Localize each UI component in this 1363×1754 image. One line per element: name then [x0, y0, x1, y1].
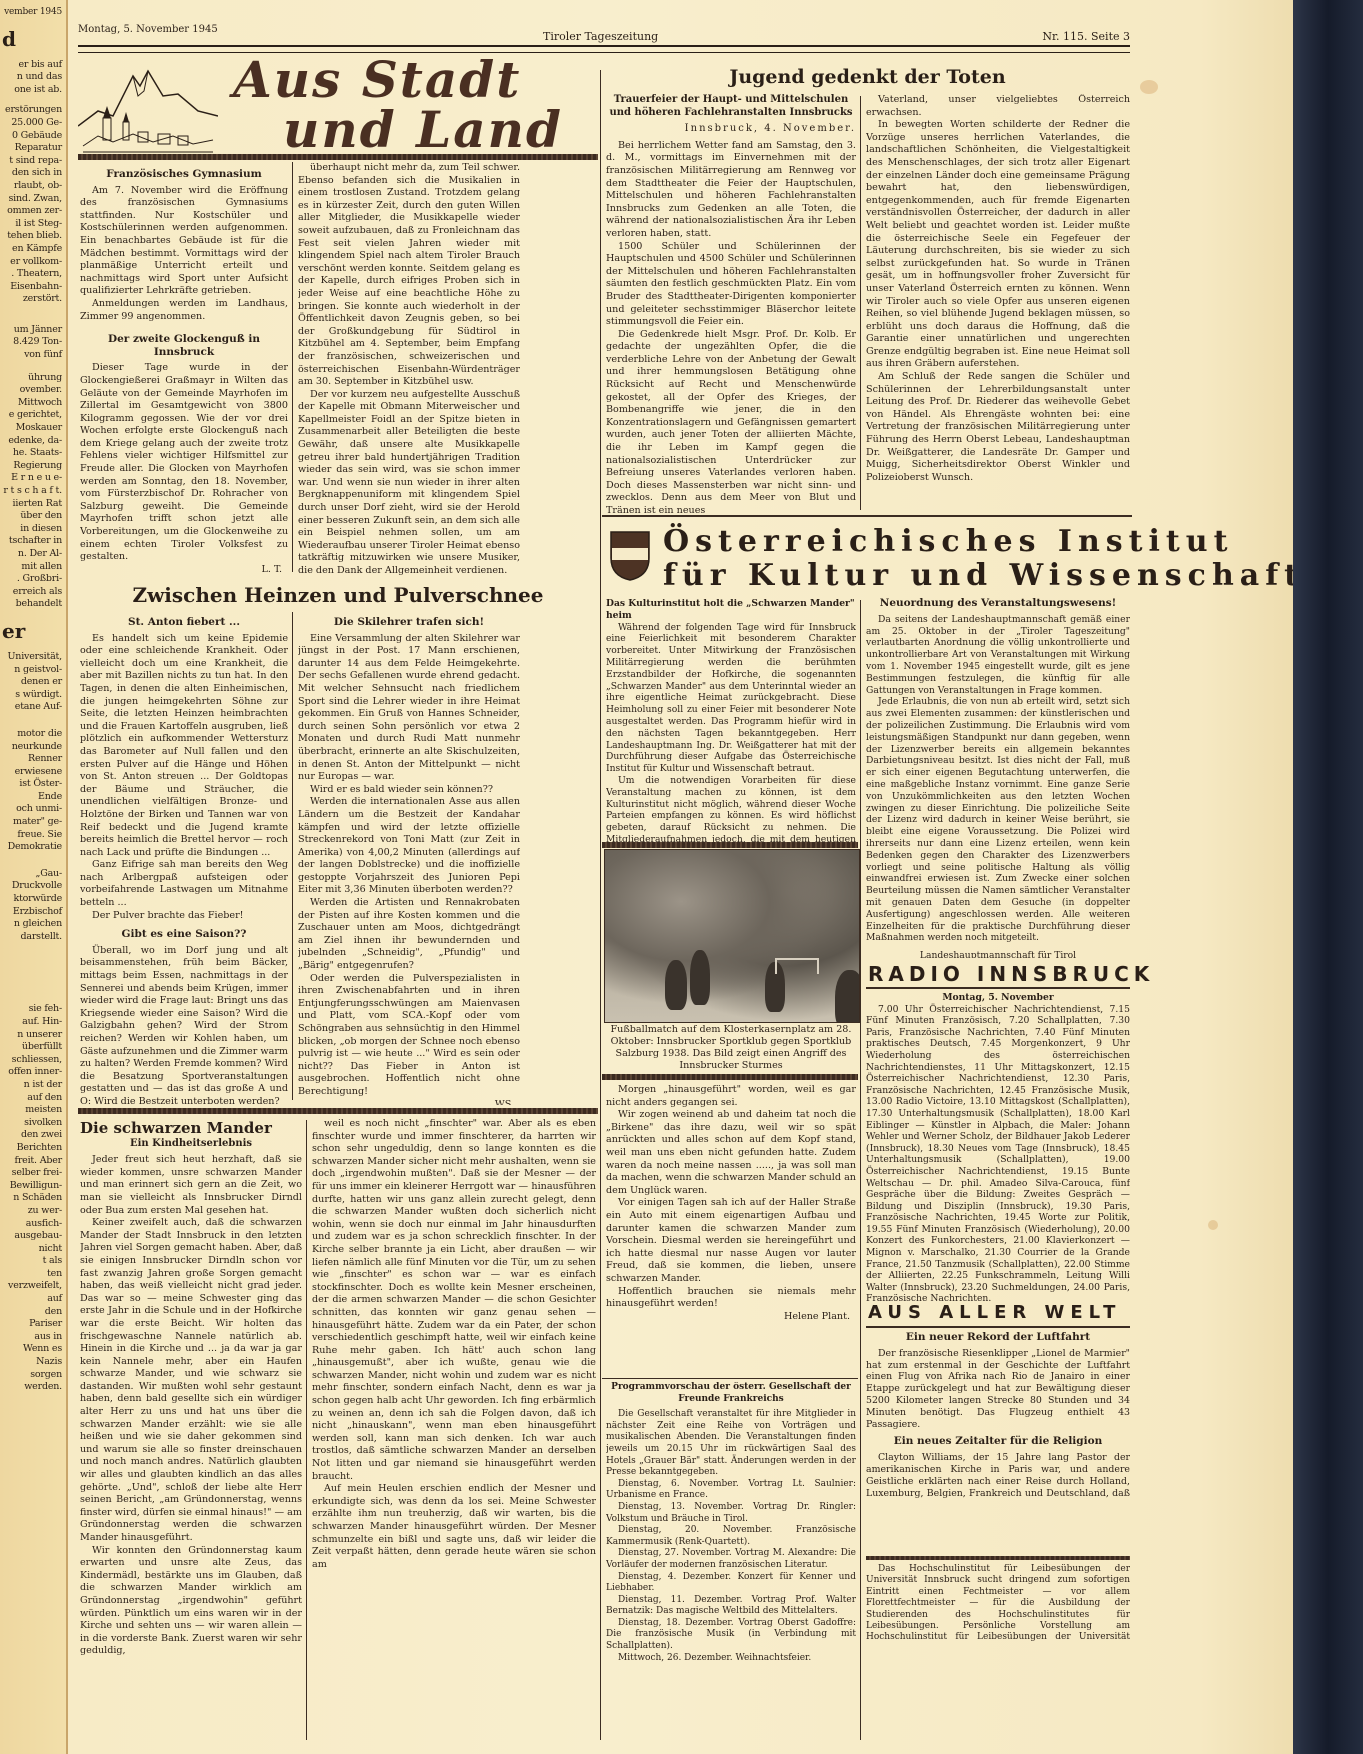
text-fragment: den [0, 1306, 62, 1319]
section-title-aus-aller-welt: AUS ALLER WELT [868, 1302, 1121, 1323]
text-fragment: 25.000 Ge- [0, 117, 62, 130]
article-skilehrer-signature: WS. [298, 1099, 514, 1105]
text-fragment: freue. Sie [0, 829, 62, 842]
column-3-programm: Programmvorschau der österr. Gesellschaf… [606, 1382, 856, 1742]
text-fragment: ührung [0, 372, 62, 385]
paragraph: Dienstag, 27. November. Vortrag M. Alexa… [606, 1548, 856, 1571]
article-skilehrer-body: Eine Versammlung der alten Skilehrer war… [298, 633, 520, 1099]
paragraph: Vor einigen Tagen sah ich auf der Haller… [606, 1197, 856, 1285]
text-fragment: werden. [0, 1381, 62, 1394]
text-fragment: Mittwoch [0, 397, 62, 410]
prev-page-text-7: „Gau-DruckvollektorwürdeErzbischofn glei… [0, 868, 66, 944]
paragraph: Bei herrlichem Wetter fand am Samstag, d… [606, 140, 856, 241]
text-fragment: etane Auf- [0, 701, 62, 714]
text-fragment: tschafter in [0, 535, 62, 548]
text-fragment: auf. Hin- [0, 1016, 62, 1029]
prev-page-text-1: er bis aufn und dasone ist ab. [0, 59, 66, 97]
text-fragment: überfüllt [0, 1041, 62, 1054]
text-fragment: ovember. [0, 384, 62, 397]
text-fragment: den sich in [0, 167, 62, 180]
prev-page-text-5: Universität,n geistvol-denen ers würdigt… [0, 651, 66, 714]
paragraph: Der vor kurzem neu aufgestellte Ausschuß… [298, 389, 520, 578]
text-fragment: von fünf [0, 349, 62, 362]
text-fragment: mit allen [0, 561, 62, 574]
text-fragment: aus in [0, 1331, 62, 1344]
text-fragment: n geistvol- [0, 664, 62, 677]
previous-page-edge: vember 1945 d er bis aufn und dasone ist… [0, 0, 68, 1754]
article-glockenguss-signature: L. T. [80, 564, 282, 577]
banner-underline [78, 154, 598, 160]
column-3-mid: Das Kulturinstitut holt die „Schwarzen M… [606, 598, 856, 848]
paragraph: Die Gedenkrede hielt Msgr. Prof. Dr. Kol… [606, 329, 856, 514]
text-fragment: Reparatur [0, 142, 62, 155]
paragraph: Dieser Tage wurde in der Glockengießerei… [80, 362, 288, 564]
paragraph: Dienstag, 13. November. Vortrag Dr. Ring… [606, 1502, 856, 1525]
text-fragment: Regierung [0, 460, 62, 473]
paragraph: Dienstag, 20. November. Französische Kam… [606, 1525, 856, 1548]
text-fragment: auf den [0, 1092, 62, 1105]
column-2-bottom: weil es noch nicht „finschter" war. Aber… [312, 1118, 596, 1743]
article-neuordnung-signature-1: Landeshauptmannschaft für Tirol [866, 950, 1130, 958]
tyrolean-shield-icon [609, 530, 651, 582]
text-fragment: Ende [0, 791, 62, 804]
column-4-radio: Montag, 5. November 7.00 Uhr Österreichi… [866, 992, 1130, 1312]
paragraph: Eine Versammlung der alten Skilehrer war… [298, 633, 520, 784]
text-fragment: n und das [0, 71, 62, 84]
column-3-bottom: Morgen „hinausgeführt" worden, weil es g… [606, 1084, 856, 1374]
paragraph: Auf mein Heulen erschien endlich der Mes… [312, 1483, 596, 1571]
article-programm-intro: Die Gesellschaft veranstaltet für ihre M… [606, 1409, 856, 1479]
text-fragment: il ist Steg- [0, 218, 62, 231]
paragraph: In bewegten Worten schilderte der Redner… [866, 119, 1130, 371]
text-fragment: r t s c h a f t. [0, 485, 62, 498]
headline-jugend: Jugend gedenkt der Toten [605, 66, 1130, 88]
article-mander-body-3: Morgen „hinausgeführt" worden, weil es g… [606, 1084, 856, 1311]
article-dateline-jugend: Innsbruck, 4. November. [606, 123, 856, 136]
column-divider [292, 612, 293, 1100]
section-rule [602, 515, 1132, 517]
column-2-top: überhaupt nicht mehr da, zum Teil schwer… [298, 162, 520, 582]
column-divider [600, 70, 601, 1740]
column-3-top: Trauerfeier der Haupt- und Mittelschulen… [606, 94, 856, 514]
article-mander-body-1: Jeder freut sich heut herzhaft, daß sie … [80, 1154, 302, 1658]
text-fragment: t sind repa- [0, 155, 62, 168]
text-fragment: zu wer- [0, 1205, 62, 1218]
text-fragment: Bewilligun- [0, 1180, 62, 1193]
column-1-bottom: Die schwarzen Mander Ein Kindheitserlebn… [80, 1118, 302, 1743]
welt-rule [866, 1326, 1130, 1328]
section-rule [602, 1378, 858, 1379]
paragraph: 1500 Schüler und Schülerinnen der Haupts… [606, 241, 856, 329]
article-jugend-body-2: Vaterland, unser vielgeliebtes Österreic… [866, 94, 1130, 484]
text-fragment: mater" ge- [0, 816, 62, 829]
text-fragment: behandelt [0, 598, 62, 611]
article-mander-body-2: weil es noch nicht „finschter" war. Aber… [312, 1118, 596, 1571]
text-fragment: auf [0, 1293, 62, 1306]
prev-page-headline: d [0, 27, 66, 51]
column-4-welt: Ein neuer Rekord der Luftfahrt Der franz… [866, 1330, 1130, 1500]
paragraph: Mittwoch, 26. Dezember. Weihnachtsfeier. [606, 1653, 856, 1665]
article-subtitle-mander: Ein Kindheitserlebnis [80, 1138, 302, 1151]
paragraph: Dienstag, 4. Dezember. Konzert für Kenne… [606, 1572, 856, 1595]
welt-bottom-bar [866, 1556, 1130, 1560]
photo-caption: Fußballmatch auf dem Klosterkasernplatz … [604, 1024, 858, 1072]
text-fragment: Wenn es [0, 1343, 62, 1356]
article-religion-body: Clayton Williams, der 15 Jahre lang Past… [866, 1452, 1130, 1500]
paragraph: Ganz Eifrige sah man bereits den Weg nac… [80, 859, 288, 909]
article-title-skilehrer: Die Skilehrer trafen sich! [298, 616, 520, 629]
column-1-top: Französisches Gymnasium Am 7. November w… [80, 162, 288, 582]
article-neuordnung-body: Da seitens der Landeshauptmannschaft gem… [866, 614, 1130, 944]
text-fragment: den zwei [0, 1129, 62, 1142]
article-saison-body: Überall, wo im Dorf jung und alt beisamm… [80, 945, 288, 1105]
article-title-kulturinstitut-mander: Das Kulturinstitut holt die „Schwarzen M… [606, 598, 856, 622]
text-fragment: ten [0, 1268, 62, 1281]
paragraph: Jeder freut sich heut herzhaft, daß sie … [80, 1154, 302, 1217]
paragraph: Da seitens der Landeshauptmannschaft gem… [866, 614, 1130, 697]
banner-institut-line-1: Österreichisches Institut [663, 524, 1233, 559]
article-mander-signature: Helene Plant. [606, 1311, 850, 1324]
text-fragment: E r n e u e- [0, 472, 62, 485]
column-1-mid: St. Anton fiebert ... Es handelt sich um… [80, 610, 288, 1105]
text-fragment: n Schäden [0, 1192, 62, 1205]
book-binding [1293, 0, 1363, 1754]
column-divider [860, 96, 861, 510]
column-divider [860, 600, 861, 1740]
paragraph: Werden die internationalen Asse aus alle… [298, 796, 520, 897]
text-fragment: . Großbri- [0, 573, 62, 586]
text-fragment: denen er [0, 676, 62, 689]
text-fragment: Universität, [0, 651, 62, 664]
text-fragment: erreich als [0, 586, 62, 599]
text-fragment: n. Der Al- [0, 548, 62, 561]
paragraph: Der Pulver brachte das Fieber! [80, 910, 288, 923]
text-fragment: e gerichtet, [0, 409, 62, 422]
text-fragment: um Jänner [0, 324, 62, 337]
football-match-photo [604, 849, 860, 1023]
text-fragment: verzweifelt, [0, 1280, 62, 1293]
text-fragment: sind. Zwan, [0, 193, 62, 206]
photo-bottom-bar [602, 1074, 858, 1080]
newspaper-page: vember 1945 d er bis aufn und dasone ist… [0, 0, 1345, 1754]
column-4-mid: Neuordnung des Veranstaltungswesens! Da … [866, 598, 1130, 958]
issue-page-number: Nr. 115. Seite 3 [1042, 30, 1130, 43]
banner-institut-line-2: für Kultur und Wissenschaft [663, 558, 1304, 593]
text-fragment: edenke, da- [0, 435, 62, 448]
text-fragment: neurkunde [0, 741, 62, 754]
text-fragment: er bis auf [0, 59, 62, 72]
section-banner-aus-stadt-und-land: Aus Stadt und Land [78, 56, 598, 156]
text-fragment: Pariser [0, 1318, 62, 1331]
prev-page-text-4: ührungovember.Mittwoche gerichtet,Moskau… [0, 372, 66, 611]
article-subtitle-jugend: Trauerfeier der Haupt- und Mittelschulen… [606, 94, 856, 119]
text-fragment: freit. Aber [0, 1155, 62, 1168]
paragraph: Oder werden die Pulverspezialisten in ih… [298, 973, 520, 1099]
column-divider [292, 162, 293, 572]
text-fragment: Berichten [0, 1142, 62, 1155]
section-divider-bar [78, 1108, 598, 1114]
paragraph: Am 7. November wird die Eröffnung des fr… [80, 185, 288, 298]
text-fragment: en Kämpfe [0, 243, 62, 256]
radio-day: Montag, 5. November [866, 992, 1130, 1004]
paragraph: Dienstag, 18. Dezember. Vortrag Oberst G… [606, 1618, 856, 1653]
text-fragment: Nazis [0, 1356, 62, 1369]
paragraph: Keiner zweifelt auch, daß die schwarzen … [80, 1217, 302, 1544]
article-gymnasium-body: Am 7. November wird die Eröffnung des fr… [80, 185, 288, 324]
text-fragment: ist Öster- [0, 778, 62, 791]
column-4-top: Vaterland, unser vielgeliebtes Österreic… [866, 94, 1130, 514]
text-fragment: selber frei- [0, 1167, 62, 1180]
paragraph: Am Schluß der Rede sangen die Schüler un… [866, 371, 1130, 484]
article-programm-events: Dienstag, 6. November. Vortrag Lt. Sauln… [606, 1479, 856, 1665]
paragraph: überhaupt nicht mehr da, zum Teil schwer… [298, 162, 520, 389]
text-fragment: über den [0, 510, 62, 523]
text-fragment: . Theatern, [0, 268, 62, 281]
article-kulturinstitut-body: Während der folgenden Tage wird für Inns… [606, 622, 856, 848]
prev-page-headline-2: er [0, 619, 66, 643]
article-hochschule-body: Das Hochschulinstitut für Leibesübungen … [866, 1564, 1130, 1644]
paragraph: Wird er es bald wieder sein können?? [298, 784, 520, 797]
prev-page-text-3: um Jänner8.429 Ton-von fünf [0, 324, 66, 362]
banner-line-2: und Land [283, 100, 563, 159]
text-fragment: er vollkom- [0, 256, 62, 269]
paragraph: Es handelt sich um keine Epidemie oder e… [80, 633, 288, 860]
text-fragment: sie feh- [0, 1003, 62, 1016]
text-fragment: erwiesene [0, 766, 62, 779]
mountain-town-illustration-icon [78, 56, 218, 156]
text-fragment: ausgebau- [0, 1230, 62, 1243]
text-fragment: ktorwürde [0, 893, 62, 906]
paper-stain [1208, 1220, 1218, 1230]
text-fragment: offen inner- [0, 1066, 62, 1079]
masthead: Montag, 5. November 1945 Tiroler Tagesze… [78, 18, 1130, 46]
text-fragment: „Gau- [0, 868, 62, 881]
paragraph: Morgen „hinausgeführt" worden, weil es g… [606, 1084, 856, 1109]
paper-stain [1140, 80, 1158, 94]
prev-page-text-6: motor dieneurkundeRennererwieseneist Öst… [0, 728, 66, 854]
article-title-religion: Ein neues Zeitalter für die Religion [866, 1436, 1130, 1448]
text-fragment: sivolken [0, 1117, 62, 1130]
paragraph: Wir zogen weinend ab und daheim tat noch… [606, 1109, 856, 1197]
paragraph: Vaterland, unser vielgeliebtes Österreic… [866, 94, 1130, 119]
text-fragment: erstörungen [0, 104, 62, 117]
text-fragment: Eisenbahn- [0, 281, 62, 294]
text-fragment: Druckvolle [0, 880, 62, 893]
text-fragment: n ist der [0, 1079, 62, 1092]
text-fragment: Moskauer [0, 422, 62, 435]
paragraph: Während der folgenden Tage wird für Inns… [606, 622, 856, 775]
text-fragment: iierten Rat [0, 498, 62, 511]
text-fragment: och unmi- [0, 803, 62, 816]
paragraph: Wir konnten den Gründonnerstag kaum erwa… [80, 1545, 302, 1658]
issue-date: Montag, 5. November 1945 [78, 24, 218, 35]
text-fragment: tehen blieb. [0, 230, 62, 243]
photo-top-bar [602, 842, 858, 848]
text-fragment: rlaubt, ob- [0, 180, 62, 193]
headline-pulverschnee: Zwischen Heinzen und Pulverschnee [78, 583, 598, 607]
text-fragment: s würdigt. [0, 689, 62, 702]
text-fragment: t als [0, 1255, 62, 1268]
paragraph: weil es noch nicht „finschter" war. Aber… [312, 1118, 596, 1483]
text-fragment: zerstört. [0, 293, 62, 306]
prev-page-header: vember 1945 [0, 6, 66, 19]
text-fragment: nicht [0, 1243, 62, 1256]
column-2-mid: Die Skilehrer trafen sich! Eine Versamml… [298, 610, 520, 1105]
text-fragment: n unserer [0, 1029, 62, 1042]
article-st-anton-body: Es handelt sich um keine Epidemie oder e… [80, 633, 288, 923]
article-title-st-anton: St. Anton fiebert ... [80, 616, 288, 629]
column-4-hochschule: Das Hochschulinstitut für Leibesübungen … [866, 1564, 1130, 1644]
column-divider [306, 1120, 307, 1740]
article-title-mander: Die schwarzen Mander [80, 1122, 302, 1135]
article-glockenguss-body: Dieser Tage wurde in der Glockengießerei… [80, 362, 288, 564]
article-title-saison: Gibt es eine Saison?? [80, 928, 288, 941]
text-fragment: ausfich- [0, 1218, 62, 1231]
paragraph: Dienstag, 11. Dezember. Vortrag Prof. Wa… [606, 1595, 856, 1618]
text-fragment: schliessen, [0, 1054, 62, 1067]
text-fragment: n gleichen [0, 918, 62, 931]
text-fragment: Erzbischof [0, 906, 62, 919]
article-luftfahrt-body: Der französische Riesenklipper „Lionel d… [866, 1348, 1130, 1431]
article-title-luftfahrt: Ein neuer Rekord der Luftfahrt [866, 1332, 1130, 1344]
article-musikkapelle-body-2: überhaupt nicht mehr da, zum Teil schwer… [298, 162, 520, 578]
text-fragment: Renner [0, 753, 62, 766]
text-fragment: ommen zer- [0, 205, 62, 218]
text-fragment: darstellt. [0, 931, 62, 944]
paragraph: Jede Erlaubnis, die von nun ab erteilt w… [866, 696, 1130, 944]
paragraph: Um die notwendigen Vorarbeiten für diese… [606, 775, 856, 848]
paragraph: Werden die Artisten und Rennakrobaten de… [298, 897, 520, 973]
article-title-neuordnung: Neuordnung des Veranstaltungswesens! [866, 598, 1130, 610]
section-title-radio: RADIO INNSBRUCK [868, 962, 1154, 986]
text-fragment: meisten [0, 1104, 62, 1117]
prev-page-text-2: erstörungen25.000 Ge-0 GebäudeReparaturt… [0, 104, 66, 306]
paragraph: Anmeldungen werden im Landhaus, Zimmer 9… [80, 298, 288, 323]
radio-rule [866, 987, 1130, 989]
text-fragment: sorgen [0, 1369, 62, 1382]
radio-schedule: 7.00 Uhr Österreichischer Nachrichtendie… [866, 1004, 1130, 1305]
article-title-gymnasium: Französisches Gymnasium [80, 168, 288, 181]
article-title-glockenguss: Der zweite Glockenguß in Innsbruck [80, 333, 288, 358]
article-title-programm: Programmvorschau der österr. Gesellschaf… [606, 1382, 856, 1405]
paper-name: Tiroler Tageszeitung [543, 30, 658, 43]
text-fragment: in diesen [0, 523, 62, 536]
text-fragment: motor die [0, 728, 62, 741]
text-fragment: he. Staats- [0, 447, 62, 460]
article-jugend-body-1: Bei herrlichem Wetter fand am Samstag, d… [606, 140, 856, 514]
paragraph: Dienstag, 6. November. Vortrag Lt. Sauln… [606, 1479, 856, 1502]
text-fragment: 8.429 Ton- [0, 336, 62, 349]
paragraph: Hoffentlich brauchen sie niemals mehr hi… [606, 1286, 856, 1311]
text-fragment: 0 Gebäude [0, 130, 62, 143]
paragraph: Überall, wo im Dorf jung und alt beisamm… [80, 945, 288, 1105]
prev-page-text-8: sie feh-auf. Hin-n unsererüberfülltschli… [0, 1003, 66, 1393]
text-fragment: one ist ab. [0, 84, 62, 97]
section-banner-institut: Österreichisches Institut für Kultur und… [605, 524, 1130, 596]
text-fragment: Demokratie [0, 841, 62, 854]
